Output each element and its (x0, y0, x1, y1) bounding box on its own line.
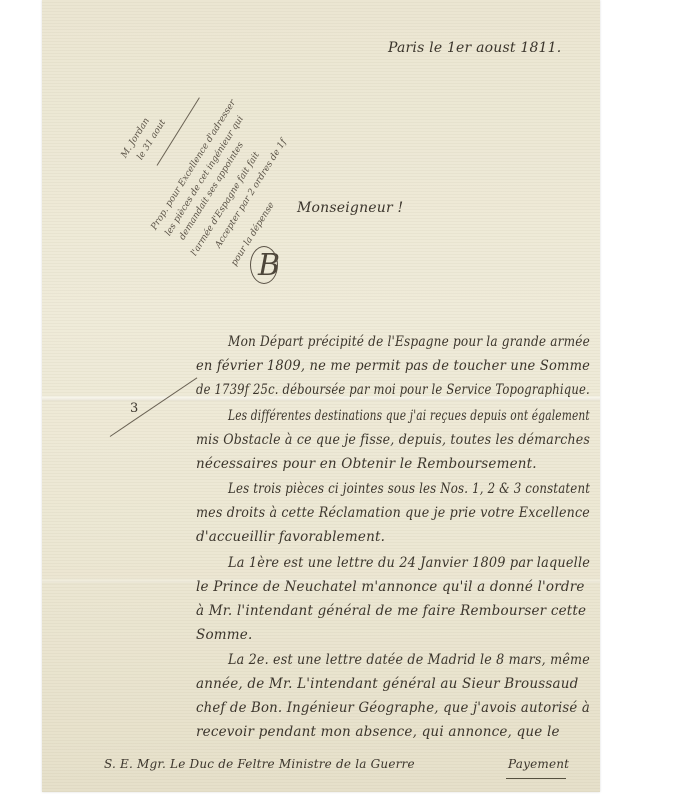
page-number: 3 (130, 401, 138, 416)
body-line: en février 1809, ne me permit pas de tou… (196, 358, 590, 374)
body-line: nécessaires pour en Obtenir le Rembourse… (196, 456, 537, 472)
body-line: mes droits à cette Réclamation que je pr… (196, 505, 590, 521)
body-line: année, de Mr. L'intendant général au Sie… (196, 676, 579, 692)
body-line: mis Obstacle à ce que je fisse, depuis, … (196, 432, 590, 448)
body-line: recevoir pendant mon absence, qui annonc… (196, 724, 560, 740)
body-line: de 1739f 25c. déboursée par moi pour le … (196, 382, 590, 398)
body-line: Les trois pièces ci jointes sous les Nos… (228, 481, 590, 497)
body-line: le Prince de Neuchatel m'annonce qu'il a… (196, 579, 585, 595)
body-line: Mon Départ précipité de l'Espagne pour l… (228, 334, 590, 350)
addressee: S. E. Mgr. Le Duc de Feltre Ministre de … (104, 757, 415, 771)
body-line: à Mr. l'intendant général de me faire Re… (196, 603, 586, 619)
body-line: chef de Bon. Ingénieur Géographe, que j'… (196, 700, 590, 716)
margin-initial-flourish (250, 246, 278, 284)
body-line: La 1ère est une lettre du 24 Janvier 180… (228, 555, 590, 571)
catchword: Payement (508, 757, 569, 771)
catchword-underline (506, 778, 566, 779)
body-line: Somme. (196, 627, 252, 643)
body-line: d'accueillir favorablement. (196, 529, 385, 545)
dateline: Paris le 1er aoust 1811. (388, 40, 561, 56)
body-line: Les différentes destinations que j'ai re… (228, 408, 590, 424)
body-line: La 2e. est une lettre datée de Madrid le… (228, 652, 590, 668)
salutation: Monseigneur ! (297, 200, 403, 216)
